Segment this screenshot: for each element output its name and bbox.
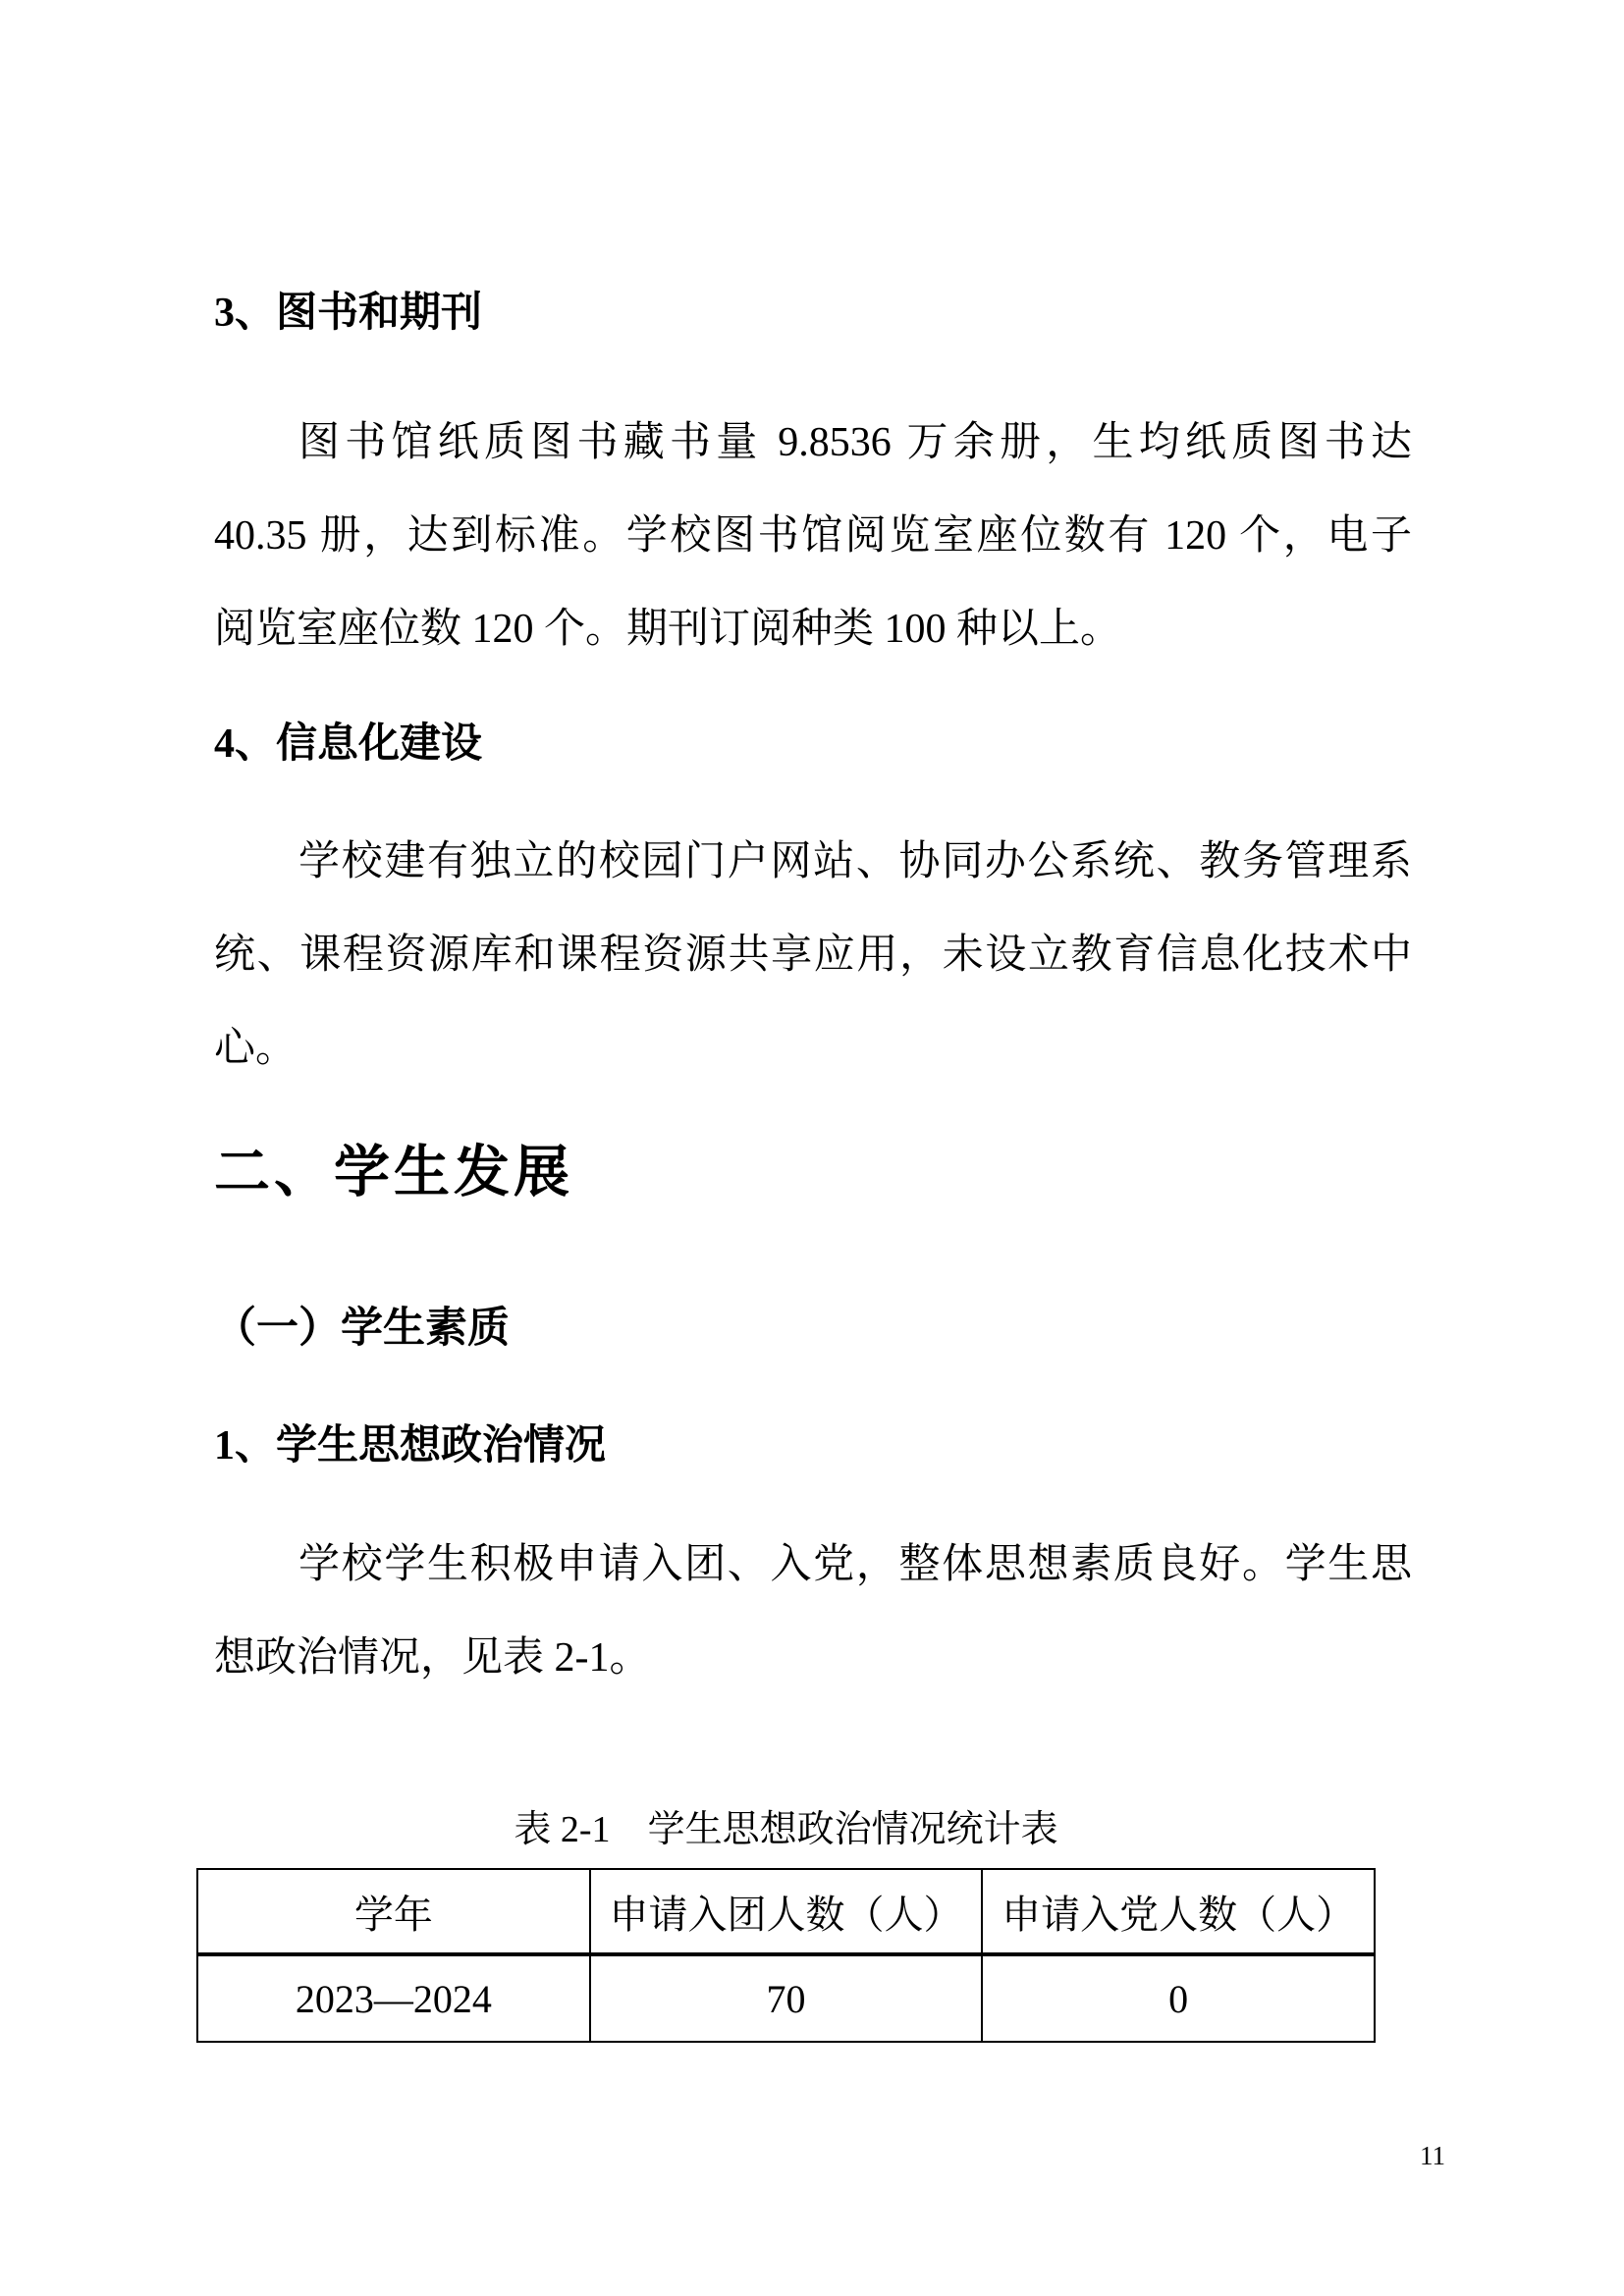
student-politics-table: 学年 申请入团人数（人） 申请入党人数（人） 2023—2024 70 0 <box>196 1868 1376 2043</box>
paragraph-library: 图书馆纸质图书藏书量 9.8536 万余册，生均纸质图书达 40.35 册，达到… <box>214 397 1412 676</box>
document-page: 3、图书和期刊 图书馆纸质图书藏书量 9.8536 万余册，生均纸质图书达 40… <box>0 0 1624 2296</box>
paragraph-line: 心。 <box>214 1002 1412 1095</box>
subheading-ideological-political: 1、学生思想政治情况 <box>214 1400 1412 1493</box>
paragraph-line: 统、课程资源库和课程资源共享应用，未设立教育信息化技术中 <box>214 909 1412 1002</box>
header-cell-party-applicants: 申请入党人数（人） <box>982 1869 1375 1954</box>
chapter-heading-student-development: 二、学生发展 <box>214 1126 1412 1219</box>
paragraph-informatization: 学校建有独立的校园门户网站、协同办公系统、教务管理系 统、课程资源库和课程资源共… <box>214 816 1412 1095</box>
table-caption: 表 2-1学生思想政治情况统计表 <box>196 1784 1376 1877</box>
header-cell-league-applicants: 申请入团人数（人） <box>590 1869 983 1954</box>
paragraph-ideological-political: 学校学生积极申请入团、入党，整体思想素质良好。学生思 想政治情况，见表 2-1。 <box>214 1519 1412 1705</box>
paragraph-line: 阅览室座位数 120 个。期刊订阅种类 100 种以上。 <box>214 583 1412 676</box>
table-header-row: 学年 申请入团人数（人） 申请入党人数（人） <box>197 1869 1375 1954</box>
cell-party-applicants: 0 <box>982 1954 1375 2042</box>
paragraph-line: 学校学生积极申请入团、入党，整体思想素质良好。学生思 <box>214 1519 1412 1612</box>
cell-league-applicants: 70 <box>590 1954 983 2042</box>
heading-books-periodicals: 3、图书和期刊 <box>214 267 1412 360</box>
table-data-row: 2023—2024 70 0 <box>197 1954 1375 2042</box>
heading-informatization: 4、信息化建设 <box>214 698 1412 791</box>
paragraph-line: 学校建有独立的校园门户网站、协同办公系统、教务管理系 <box>214 816 1412 909</box>
header-cell-school-year: 学年 <box>197 1869 590 1954</box>
table-caption-label: 表 2-1 <box>514 1809 610 1850</box>
section-heading-student-quality: （一）学生素质 <box>214 1282 1412 1375</box>
cell-school-year: 2023—2024 <box>197 1954 590 2042</box>
paragraph-line: 想政治情况，见表 2-1。 <box>214 1612 1412 1705</box>
page-number: 11 <box>1420 2140 1445 2171</box>
paragraph-line: 图书馆纸质图书藏书量 9.8536 万余册，生均纸质图书达 <box>214 397 1412 490</box>
table-caption-title: 学生思想政治情况统计表 <box>648 1809 1058 1850</box>
paragraph-line: 40.35 册，达到标准。学校图书馆阅览室座位数有 120 个，电子 <box>214 490 1412 583</box>
